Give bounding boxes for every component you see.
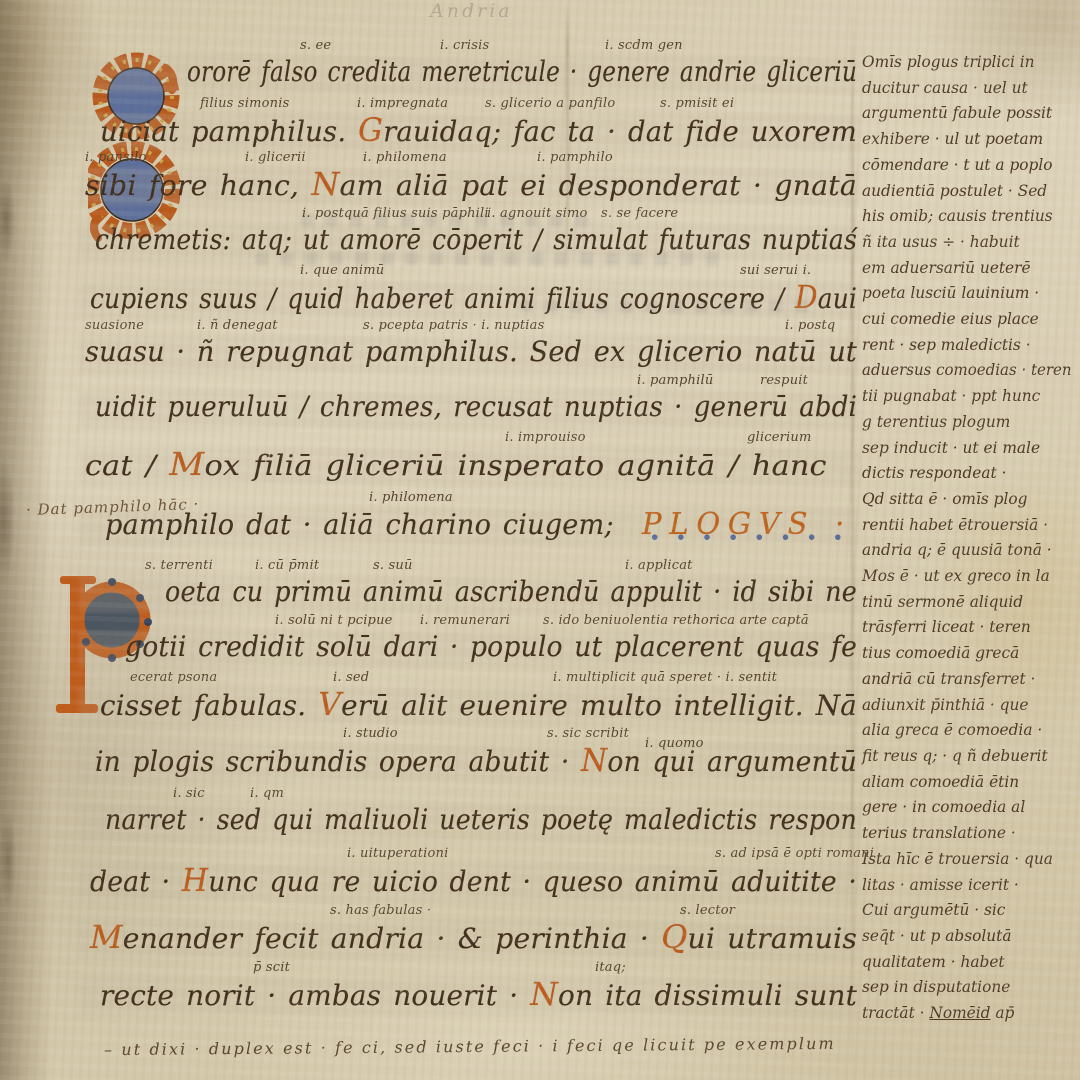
- commentary-line: tius comoediā grecā: [862, 641, 1072, 667]
- main-line-text: oeta cu primū animū ascribendū appulit ·…: [165, 575, 857, 608]
- commentary-line: adiunxit p̄inthiā · que: [862, 693, 1072, 719]
- commentary-line: sep in disputatione: [862, 975, 1072, 1001]
- main-line-text: suasu · ñ repugnat pamphilus. Sed ex gli…: [85, 335, 857, 368]
- commentary-line: Mos ē · ut ex greco in la: [862, 564, 1072, 590]
- main-line: i. uituperationis. ad ipsā ē opti romani…: [85, 848, 860, 910]
- text-segment: cisset fabulas.: [100, 689, 318, 722]
- interlinear-gloss: s. se facere: [601, 206, 678, 221]
- commentary-line: tractāt · Nomēid ap̄: [862, 1001, 1072, 1027]
- text-segment: uiciat pamphilus.: [100, 115, 358, 148]
- text-segment: enander fecit andria · & perinthia ·: [123, 922, 661, 955]
- interlinear-gloss: i. remunerari: [420, 613, 510, 628]
- main-line-text: cat / Mox filiā gliceriū insperato agnit…: [85, 447, 827, 483]
- main-line-text: uiciat pamphilus. Grauidaq; fac ta · dat…: [100, 113, 857, 149]
- commentary-line: ñ ita usus ÷ · habuit: [862, 230, 1072, 256]
- main-line: filius simonisi. impregnatas. glicerio a…: [85, 98, 860, 160]
- commentary-line: exhibere · ul ut poetam: [862, 127, 1072, 153]
- text-segment: in plogis scribundis opera abutit ·: [95, 745, 581, 778]
- text-segment: ororē falso credita meretricule · genere…: [187, 55, 857, 88]
- text-segment: suasu · ñ repugnat pamphilus. Sed ex gli…: [85, 335, 857, 368]
- commentary-line: fit reus q; · q ñ debuerit: [862, 744, 1072, 770]
- main-line: s. has fabulas ·s. lectorMenander fecit …: [85, 905, 860, 967]
- rubric-heading: PLOGVS ·: [637, 507, 857, 542]
- interlinear-gloss: i. postq: [785, 318, 835, 333]
- interlinear-gloss: s. pmisit ei: [660, 96, 734, 111]
- commentary-line: cui comedie eius place: [862, 307, 1072, 333]
- interlinear-gloss: i. postquā filius suis pāphili: [302, 206, 489, 221]
- interlinear-gloss: i. qm: [250, 786, 284, 801]
- main-line-text: ororē falso credita meretricule · genere…: [187, 55, 857, 88]
- interlinear-gloss: i. que animū: [300, 263, 384, 278]
- commentary-line: argumentū fabule possit: [862, 101, 1072, 127]
- colored-initial-letter: N: [581, 743, 607, 779]
- interlinear-gloss: i. pamphilo: [537, 150, 613, 165]
- commentary-line: andria q; ē quusiā tonā ·: [862, 538, 1072, 564]
- text-segment: cupiens suus / quid haberet animi filius…: [90, 282, 795, 315]
- text-segment: cat /: [85, 449, 169, 482]
- interlinear-gloss: suasione: [85, 318, 144, 333]
- main-line-text: chremetis: atq; ut amorē cōperit / simul…: [95, 223, 857, 256]
- main-line-text: cisset fabulas. Verū alit euenire multo …: [100, 687, 857, 723]
- interlinear-gloss: i. impregnata: [357, 96, 448, 111]
- interlinear-gloss: i. multiplicit quā speret · i. sentit: [553, 670, 777, 685]
- commentary-line: trāsferri liceat · teren: [862, 615, 1072, 641]
- text-segment: oeta cu primū animū ascribendū appulit ·…: [165, 575, 857, 608]
- main-line: i. improuisogliceriumcat / Mox filiā gli…: [85, 432, 860, 494]
- commentary-line: Ista hīc ē trouersia · qua: [862, 847, 1072, 873]
- text-segment: ui utramuis: [688, 922, 857, 955]
- main-line: s. eei. crisisi. scdm genororē falso cre…: [85, 40, 860, 102]
- text-segment: chremetis: atq; ut amorē cōperit / simul…: [95, 223, 857, 256]
- text-segment: aui: [818, 282, 857, 315]
- commentary-line: em aduersariū ueterē: [862, 256, 1072, 282]
- interlinear-gloss: filius simonis: [200, 96, 289, 111]
- commentary-line: alia greca ē comoedia ·: [862, 718, 1072, 744]
- main-line-text: narret · sed qui maliuoli ueteris poetę …: [105, 803, 857, 836]
- interlinear-gloss: i. agnouit simo: [487, 206, 588, 221]
- interlinear-gloss: s. suū: [373, 558, 413, 573]
- commentary-line: audientiā postulet · Sed: [862, 179, 1072, 205]
- interlinear-gloss: p̄ scit: [253, 960, 290, 975]
- interlinear-gloss: s. ee: [300, 38, 331, 53]
- text-segment: recte norit · ambas nouerit ·: [100, 979, 530, 1012]
- main-line-text: recte norit · ambas nouerit · Non ita di…: [100, 977, 857, 1013]
- interlinear-gloss: s. terrenti: [145, 558, 213, 573]
- main-line-text: uidit pueruluū / chremes, recusat nuptia…: [95, 390, 857, 423]
- interlinear-gloss: i. pansilo: [85, 150, 147, 165]
- commentary-line: terius translatione ·: [862, 821, 1072, 847]
- colored-initial-letter: N: [530, 977, 558, 1013]
- commentary-line: seq̄t · ut p absolutā: [862, 924, 1072, 950]
- main-line: i. pamphilūrespuituidit pueruluū / chrem…: [85, 375, 860, 437]
- colored-initial-letter: H: [182, 863, 208, 899]
- main-line: i. pansiloi. gliceriii. philomenai. pamp…: [85, 152, 860, 214]
- interlinear-gloss: s. has fabulas ·: [330, 903, 431, 918]
- interlinear-gloss: ecerat psona: [130, 670, 217, 685]
- interlinear-gloss: i. glicerii: [245, 150, 306, 165]
- commentary-line: aduersus comoedias · teren: [862, 358, 1067, 384]
- manuscript-page: Andria s. eei. crisisi. scdm genororē fa…: [0, 0, 1080, 1080]
- colored-initial-letter: G: [358, 113, 383, 149]
- interlinear-gloss: i. scdm gen: [605, 38, 683, 53]
- commentary-line: Omīs plogus triplici in: [862, 50, 1072, 76]
- interlinear-gloss: sui serui i.: [740, 263, 811, 278]
- colored-initial-letter: M: [90, 920, 123, 956]
- text-segment: erū alit euenire multo intelligit. Nā: [341, 689, 857, 722]
- colored-initial-letter: M: [169, 447, 204, 483]
- text-segment: sibi fore hanc,: [85, 169, 311, 202]
- interlinear-gloss: i. cū p̄mit: [255, 558, 319, 573]
- commentary-line: andriā cū transferret ·: [862, 667, 1072, 693]
- text-segment: deat ·: [90, 865, 182, 898]
- commentary-line: rentii habet ētrouersiā ·: [862, 513, 1072, 539]
- interlinear-gloss: i. sic: [173, 786, 205, 801]
- main-line: ecerat psonai. sedi. multiplicit quā spe…: [85, 672, 860, 734]
- text-segment: rauidaq; fac ta · dat fide uxorem: [383, 115, 857, 148]
- interlinear-gloss: s. ido beniuolentia rethorica arte captā: [543, 613, 809, 628]
- main-line: i. philomenapamphilo dat · aliā charino …: [85, 492, 860, 554]
- commentary-line: ducitur causa · uel ut: [862, 76, 1072, 102]
- main-line-text: pamphilo dat · aliā charino ciugem; PLOG…: [105, 507, 857, 542]
- interlinear-gloss: i. crisis: [440, 38, 489, 53]
- main-line-text: Menander fecit andria · & perinthia · Qu…: [90, 920, 857, 956]
- interlinear-gloss: glicerium: [747, 430, 811, 445]
- text-segment: uidit pueruluū / chremes, recusat nuptia…: [95, 390, 857, 423]
- interlinear-gloss: i. studio: [343, 726, 398, 741]
- commentary-line: Cui argumētū · sic: [862, 898, 1072, 924]
- interlinear-gloss: i. improuiso: [505, 430, 586, 445]
- text-segment: on ita dissimuli sunt: [558, 979, 857, 1012]
- main-line-text: deat · Hunc qua re uicio dent · queso an…: [90, 863, 857, 899]
- colored-initial-letter: Q: [661, 920, 687, 956]
- colored-initial-letter: N: [311, 167, 339, 203]
- interlinear-gloss: i. philomena: [369, 490, 453, 505]
- main-line-text: gotii credidit solū dari · populo ut pla…: [125, 630, 857, 663]
- interlinear-gloss: i. solū ni t pcipue: [275, 613, 393, 628]
- interlinear-gloss: i. philomena: [363, 150, 447, 165]
- commentary-line: rent · sep maledictis ·: [862, 333, 1072, 359]
- interlinear-gloss: i. uituperationi: [347, 846, 448, 861]
- interlinear-gloss: i. ñ denegat: [197, 318, 278, 333]
- interlinear-gloss: s. ad ipsā ē opti romani: [715, 846, 874, 861]
- text-segment: am aliā pat ei desponderat · gnatā: [340, 169, 857, 202]
- main-line: i. studios. sic scribiti. quomoin plogis…: [85, 728, 860, 790]
- commentary-line: his omib; causis trentius: [862, 204, 1072, 230]
- commentary-line: dictis respondeat ·: [862, 461, 1072, 487]
- commentary-line: cōmendare · t ut a poplo: [862, 153, 1072, 179]
- main-line: i. postquā filius suis pāphilii. agnouit…: [85, 208, 860, 270]
- colored-initial-letter: D: [795, 280, 818, 316]
- main-line-text: sibi fore hanc, Nam aliā pat ei desponde…: [85, 167, 857, 203]
- commentary-text: tractāt ·: [862, 1004, 929, 1022]
- commentary-line: aliam comoediā ētin: [862, 770, 1072, 796]
- colored-initial-letter: V: [318, 687, 341, 723]
- interlinear-gloss: i. pamphilū: [637, 373, 713, 388]
- main-line-text: in plogis scribundis opera abutit · Non …: [95, 743, 857, 779]
- text-segment: gotii credidit solū dari · populo ut pla…: [125, 630, 857, 663]
- text-segment: ox filiā gliceriū insperato agnitā / han…: [205, 449, 827, 482]
- commentary-underlined: Nomēid: [929, 1004, 990, 1022]
- commentary-text: ap̄: [990, 1004, 1014, 1022]
- interlinear-gloss: s. lector: [680, 903, 735, 918]
- commentary-line: litas · amisse icerit ·: [862, 873, 1072, 899]
- interlinear-gloss: s. pcepta patris · i. nuptias: [363, 318, 545, 333]
- main-line: suasionei. ñ denegats. pcepta patris · i…: [85, 320, 860, 382]
- main-line: p̄ scititaq;recte norit · ambas nouerit …: [85, 962, 860, 1024]
- commentary-line: poeta lusciū lauinium ·: [862, 281, 1072, 307]
- interlinear-gloss: s. glicerio a panfilo: [485, 96, 615, 111]
- commentary-line: Qd sitta ē · omīs plog: [862, 487, 1072, 513]
- interlinear-gloss: i. sed: [333, 670, 369, 685]
- commentary-line: tii pugnabat · ppt hunc: [862, 384, 1072, 410]
- commentary-line: sep inducit · ut ei male: [862, 436, 1072, 462]
- commentary-line: qualitatem · habet: [862, 950, 1072, 976]
- main-line: i. solū ni t pcipuei. remuneraris. ido b…: [85, 615, 860, 677]
- interlinear-gloss: respuit: [760, 373, 808, 388]
- interlinear-gloss: s. sic scribit: [547, 726, 629, 741]
- main-line-text: cupiens suus / quid haberet animi filius…: [90, 280, 857, 316]
- main-line: i. sici. qmnarret · sed qui maliuoli uet…: [85, 788, 860, 850]
- commentary-column: Omīs plogus triplici inducitur causa · u…: [862, 50, 1074, 1027]
- commentary-line: gere · in comoedia al: [862, 795, 1072, 821]
- text-segment: unc qua re uicio dent · queso animū adui…: [208, 865, 857, 898]
- interlinear-gloss: i. applicat: [625, 558, 693, 573]
- text-segment: on qui argumentū: [607, 745, 857, 778]
- commentary-line: g terentius plogum: [862, 410, 1072, 436]
- commentary-line: tinū sermonē aliquid: [862, 590, 1072, 616]
- text-segment: narret · sed qui maliuoli ueteris poetę …: [105, 803, 857, 836]
- interlinear-gloss: itaq;: [595, 960, 626, 975]
